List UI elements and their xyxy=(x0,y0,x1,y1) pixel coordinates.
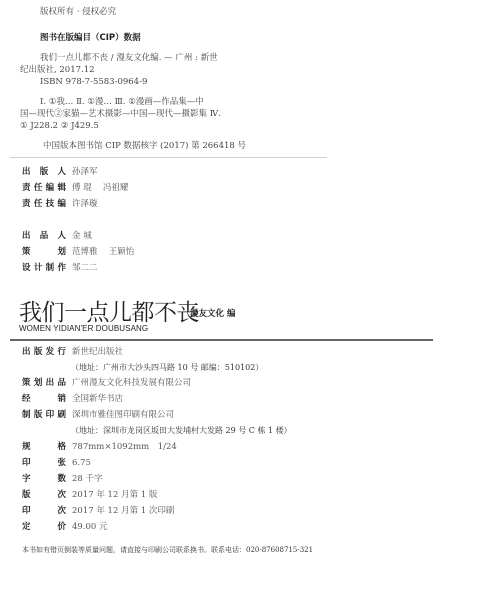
credit-value: 孙泽军 xyxy=(72,167,98,177)
copyright-notice: 版权所有 · 侵权必究 xyxy=(40,5,116,17)
colophon-row: 规格787mm×1092mm 1/24 xyxy=(22,441,177,453)
colophon-label: 版次 xyxy=(22,489,66,501)
colophon-label: 经销 xyxy=(22,393,66,405)
colophon-row: 定价49.00 元 xyxy=(22,521,108,533)
publisher-address: （地址：广州市大沙头四马路 10 号 邮编：510102） xyxy=(71,362,263,373)
colophon-label: 出版发行 xyxy=(22,346,66,358)
colophon-row: 策划出品广州漫友文化科技发展有限公司 xyxy=(22,377,191,389)
credit-row: 出品人金 城 xyxy=(22,230,92,242)
cip-record: 中国版本图书馆 CIP 数据核字 (2017) 第 266418 号 xyxy=(43,140,246,152)
colophon-value: 787mm×1092mm 1/24 xyxy=(72,442,177,452)
credit-label: 责任技编 xyxy=(22,198,66,210)
credit-value: 邹二二 xyxy=(72,263,98,273)
cip-class-2: 国—现代②家猫—艺术摄影—中国—现代—摄影集 Ⅳ. xyxy=(20,108,221,120)
colophon-value: 2017 年 12 月第 1 次印刷 xyxy=(72,506,174,516)
book-title-pinyin: WOMEN YIDIAN'ER DOUBUSANG xyxy=(19,324,148,333)
credit-label: 出品人 xyxy=(22,230,66,242)
colophon-row: 版次2017 年 12 月第 1 版 xyxy=(22,489,157,501)
credit-row: 设计制作邹二二 xyxy=(22,262,98,274)
colophon-value: 6.75 xyxy=(72,458,91,468)
book-title: 我们一点儿都不丧 xyxy=(19,294,199,327)
colophon-value: 2017 年 12 月第 1 版 xyxy=(72,490,157,500)
colophon-value: 深圳市雅佳图印刷有限公司 xyxy=(72,410,174,420)
credit-label: 责任编辑 xyxy=(22,182,66,194)
colophon-value: 广州漫友文化科技发展有限公司 xyxy=(72,378,191,388)
colophon-label: 印张 xyxy=(22,457,66,469)
cip-class-3: ① J228.2 ② J429.5 xyxy=(20,120,99,132)
credit-label: 策划 xyxy=(22,246,66,258)
credit-value: 许泽璇 xyxy=(72,199,98,209)
credit-label: 设计制作 xyxy=(22,262,66,274)
colophon-row: 出版发行新世纪出版社 xyxy=(22,346,123,358)
colophon-value: 全国新华书店 xyxy=(72,394,123,404)
colophon-label: 制版印刷 xyxy=(22,409,66,421)
title-divider xyxy=(10,339,433,341)
colophon-label: 字数 xyxy=(22,473,66,485)
printer-address: （地址：深圳市龙岗区坂田大发埔村大发路 29 号 C 栋 1 楼） xyxy=(71,425,292,436)
credit-row: 责任编辑傅 琨 冯祖耀 xyxy=(22,182,128,194)
colophon-label: 策划出品 xyxy=(22,377,66,389)
colophon-label: 印次 xyxy=(22,505,66,517)
colophon-label: 规格 xyxy=(22,441,66,453)
credit-row: 策划范博雅 王颖怡 xyxy=(22,246,134,258)
credit-value: 金 城 xyxy=(72,231,92,241)
cip-line-2: 纪出版社, 2017.12 xyxy=(20,64,95,76)
colophon-label: 定价 xyxy=(22,521,66,533)
cip-line-1: 我们一点儿都不丧 / 漫友文化编. — 广州 : 新世 xyxy=(40,52,218,64)
credit-value: 傅 琨 冯祖耀 xyxy=(72,183,128,193)
colophon-row: 印张6.75 xyxy=(22,457,91,469)
colophon-row: 字数28 千字 xyxy=(22,473,103,485)
credit-label: 出版人 xyxy=(22,166,66,178)
divider xyxy=(10,157,327,158)
cip-heading: 图书在版编目（CIP）数据 xyxy=(40,31,141,43)
colophon-row: 经销全国新华书店 xyxy=(22,393,123,405)
credit-value: 范博雅 王颖怡 xyxy=(72,247,134,257)
colophon-row: 制版印刷深圳市雅佳图印刷有限公司 xyxy=(22,409,174,421)
cip-isbn: ISBN 978-7-5583-0964-9 xyxy=(40,76,147,88)
colophon-value: 49.00 元 xyxy=(72,522,108,532)
quality-notice: 本书如有错页倒装等质量问题，请直接与印刷公司联系换书。联系电话：020-8760… xyxy=(22,545,313,555)
colophon-row: 印次2017 年 12 月第 1 次印刷 xyxy=(22,505,174,517)
cip-class-1: Ⅰ. ①我… Ⅱ. ①漫… Ⅲ. ①漫画—作品集—中 xyxy=(40,96,204,108)
colophon-value: 28 千字 xyxy=(72,474,103,484)
credit-row: 出版人孙泽军 xyxy=(22,166,98,178)
credit-row: 责任技编许泽璇 xyxy=(22,198,98,210)
colophon-value: 新世纪出版社 xyxy=(72,347,123,357)
book-editor: 漫友文化 编 xyxy=(190,307,235,319)
